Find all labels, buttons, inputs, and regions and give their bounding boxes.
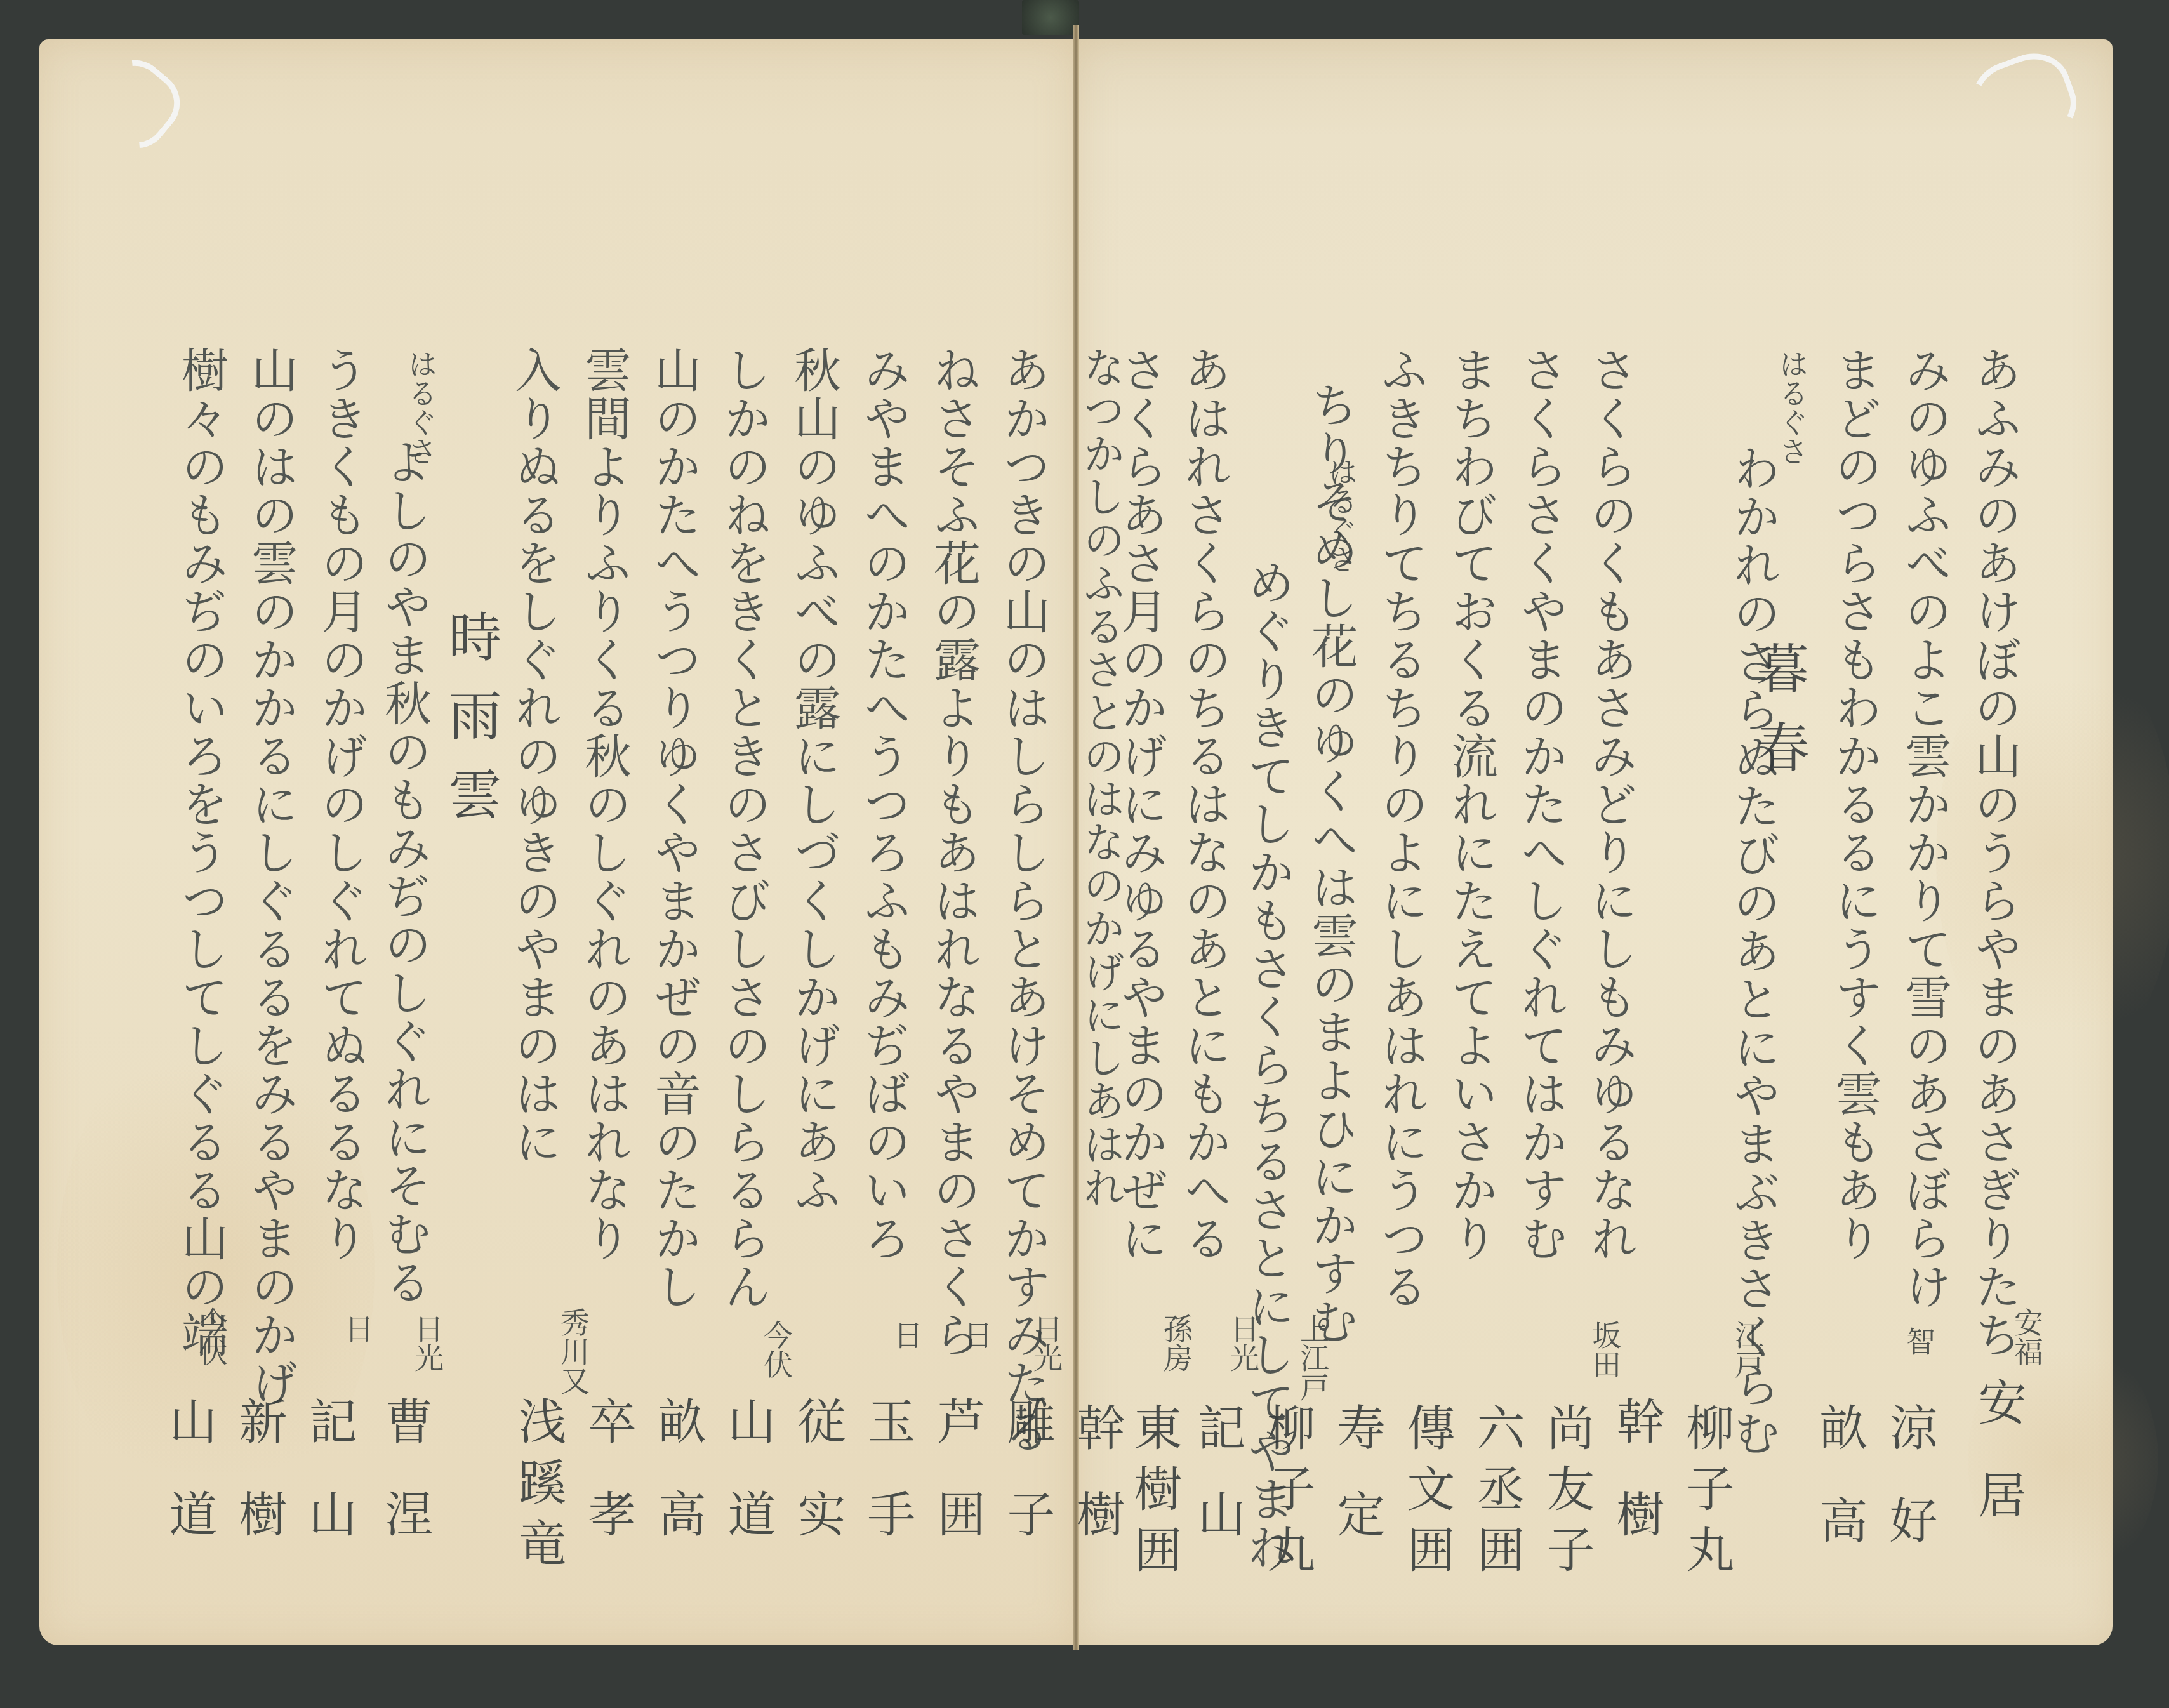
author-name: 芦囲 — [933, 1396, 981, 1582]
section-heading: 時雨雲 — [444, 609, 498, 845]
text-column: みのゆふべのよこ雲かかりて雪のあさぼらけ — [1901, 346, 1948, 1311]
text-column: さくらさくやまのかたへしぐれてはかすむ — [1517, 346, 1564, 1262]
text-column: 山のはの雲のかかるにしぐるるをみるやまのかげ — [248, 346, 295, 1407]
author-origin: 今伏 — [762, 1320, 791, 1379]
author-origin: 日 — [343, 1314, 372, 1343]
text-column: あふみのあけぼの山のうらやまのあさぎりたち — [1971, 346, 2018, 1359]
author-origin: 江戸 — [1733, 1320, 1762, 1379]
text-column: ねさそふ花の露よりもあはれなるやまのさくら — [930, 346, 977, 1359]
author-origin: 日 — [962, 1320, 991, 1349]
text-column: 樹々のもみぢのいろをうつしてしぐるる山の端 — [178, 346, 225, 1359]
author-name: 卒孝 — [584, 1396, 632, 1582]
author-origin: 日光 — [1031, 1314, 1061, 1372]
author-name: 柳子丸 — [1263, 1403, 1311, 1586]
author-name: 幹樹 — [1612, 1396, 1661, 1582]
author-name: 柳子丸 — [1682, 1403, 1730, 1586]
author-name: 東樹囲 — [1130, 1403, 1178, 1586]
text-column: あはれさくらのちるはなのあとにもかへる — [1181, 346, 1228, 1262]
author-name: 涼好 — [1885, 1403, 1934, 1588]
author-name: 六丞囲 — [1473, 1403, 1521, 1586]
author-origin: 日光 — [413, 1314, 442, 1372]
author-name: 曹涅 — [381, 1396, 429, 1582]
author-name: 傳文囲 — [1403, 1403, 1451, 1586]
author-name: 山道 — [165, 1396, 213, 1582]
author-name: 幹樹 — [1073, 1403, 1121, 1575]
author-origin: 坂田 — [1590, 1320, 1619, 1379]
text-column: あかつきの山のはしらしらとあけそめてかすみたる — [1000, 346, 1047, 1455]
author-name: 記山 — [1193, 1403, 1242, 1575]
text-column: うきくもの月のかげのしぐれてぬるるなり — [317, 346, 364, 1262]
author-name: 畝高 — [654, 1396, 702, 1582]
author-name: 寿定 — [1333, 1403, 1381, 1575]
author-origin: 孫房 — [1162, 1314, 1191, 1372]
author-origin: 安福 — [2012, 1307, 2041, 1366]
text-column: わかれのさらぬたびのあとにやまぶきさくらむ — [1730, 444, 1777, 1457]
author-name: 雕子 — [1003, 1396, 1051, 1582]
author-origin: 今伏 — [197, 1307, 226, 1366]
annotation: はるぐさ — [1327, 457, 1356, 574]
text-column: 雲間よりふりくる秋のしぐれのあはれなり — [581, 346, 628, 1262]
author-name: 尚友子 — [1542, 1403, 1591, 1586]
text-column: なつかしのふるさとのはなのかげにしあはれ — [1079, 346, 1121, 1209]
text-column: まどのつらさもわかるるにうすく雲もあり — [1831, 346, 1878, 1262]
author-name: 畝高 — [1815, 1403, 1864, 1588]
text-column: みやまへのかたへうつろふもみぢばのいろ — [860, 346, 907, 1262]
text-column: 秋山のゆふべの露にしづくしかげにあふ — [790, 346, 837, 1214]
author-origin: 智 — [1904, 1327, 1934, 1356]
author-name: 山道 — [724, 1396, 772, 1582]
author-name: 玉手 — [863, 1396, 912, 1582]
text-column: しかのねをきくときのさびしさのしらるらん — [720, 346, 767, 1311]
author-origin: 日 — [892, 1320, 921, 1349]
author-name: 安居 — [1974, 1377, 2022, 1563]
author-origin: 秀川又 — [559, 1307, 588, 1395]
text-column: まちわびておくる流れにたえてよいさかり — [1447, 346, 1494, 1262]
section-heading: 暮春 — [1752, 641, 1805, 798]
text-column: 山のかたへうつりゆくやまかぜの音のたかし — [651, 346, 698, 1311]
text-column: 入りぬるをしぐれのゆきのやまのはに — [511, 346, 558, 1166]
author-name: 浅蹊竜 — [514, 1396, 562, 1579]
annotation: はるぐさ — [1777, 349, 1807, 466]
text-column: ふきちりてちるちりのよにしあはれにうつる — [1377, 346, 1424, 1311]
author-origin: 上江戸 — [1298, 1314, 1327, 1401]
author-name: 新樹 — [235, 1396, 283, 1582]
author-name: 従实 — [793, 1396, 842, 1582]
author-origin: 日光 — [1228, 1314, 1257, 1372]
author-name: 記山 — [305, 1396, 353, 1582]
text-column: よしのやま秋のもみぢのしぐれにそむる — [381, 438, 428, 1306]
text-column: さくらのくもあさみどりにしもみゆるなれ — [1587, 346, 1634, 1262]
book-binding-thread — [1022, 0, 1079, 35]
